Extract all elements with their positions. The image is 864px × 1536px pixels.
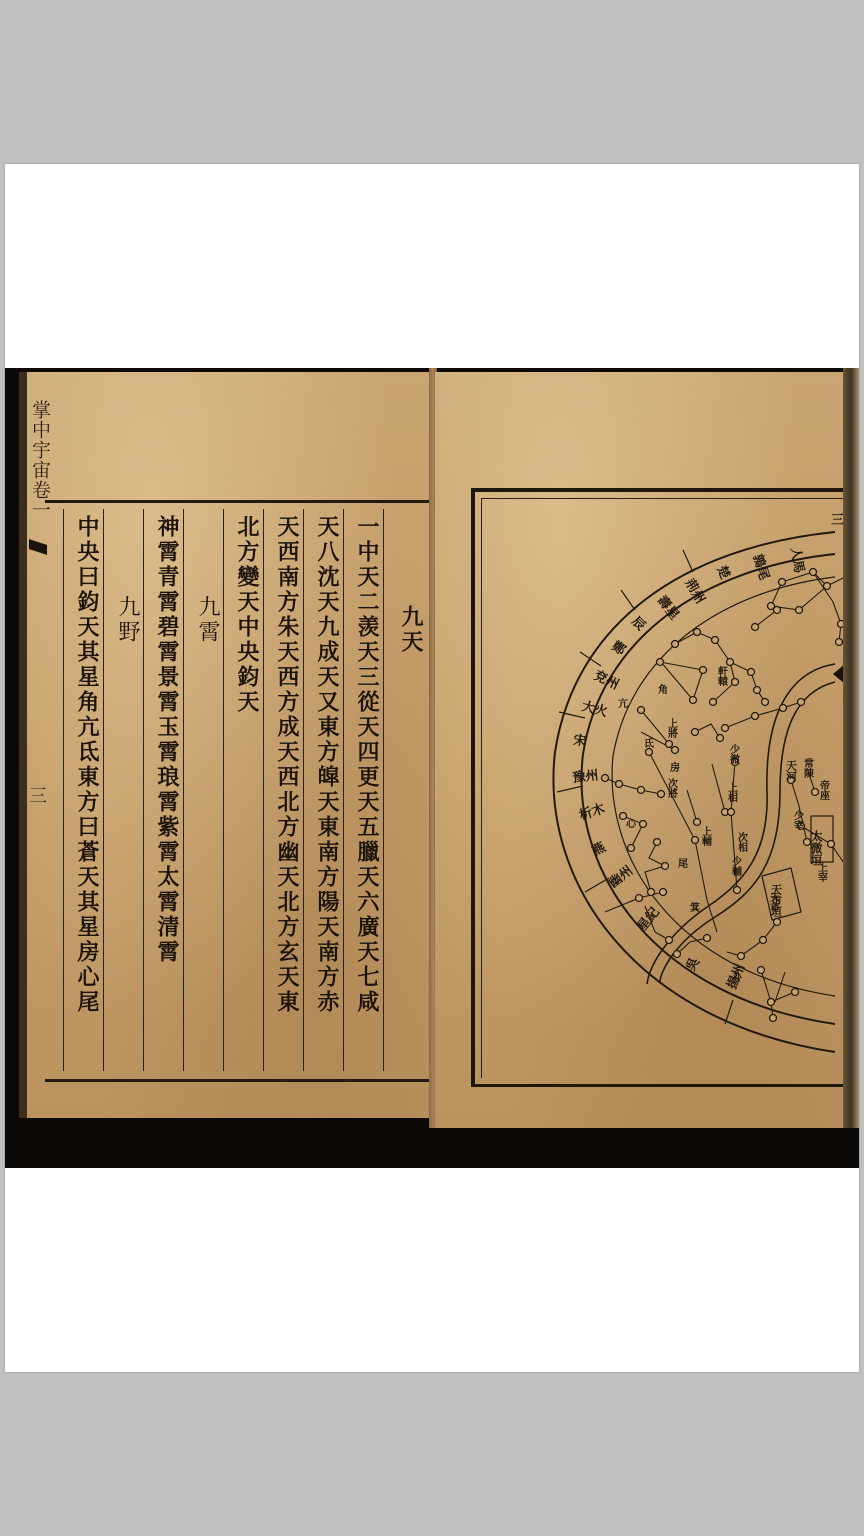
ring-label: 兗州 xyxy=(591,667,621,693)
star-label: 上輔 xyxy=(700,825,712,847)
star-map-diagram: 軒轅少微上將次將上相次相少輔上輔少宰上宰常陳帝座房心尾箕斗天市氐亢角 人馬鶉尾楚… xyxy=(435,372,847,1128)
text-column: 天八沈天九成天又東方皡天東南方陽天南方赤 xyxy=(303,509,344,1071)
enclosure-label-taiwei: 太微垣 xyxy=(809,829,823,866)
text-column: 天西南方朱天西方成天西北方幽天北方玄天東 xyxy=(263,509,304,1071)
star-label: 少宰 xyxy=(792,809,804,831)
section-heading: 九天 xyxy=(383,509,428,1071)
text-frame: 九天 一中天二羡天三從天四更天五臘天六廣天七咸 天八沈天九成天又東方皡天東南方陽… xyxy=(45,500,432,1082)
page-edge xyxy=(843,368,859,1128)
ring-label: 壽星 xyxy=(654,593,683,623)
enclosure-label-tianshi: 天市垣 xyxy=(770,884,784,917)
right-page: 軒轅少微上將次將上相次相少輔上輔少宰上宰常陳帝座房心尾箕斗天市氐亢角 人馬鶉尾楚… xyxy=(435,372,847,1128)
milky-way-label: 天河 xyxy=(785,760,798,783)
star-label: 氐 xyxy=(642,737,653,749)
ring-label: 吳 xyxy=(683,955,702,974)
star-label: 上相 xyxy=(726,781,738,803)
star-label: 少微 xyxy=(728,743,740,765)
scanned-book-spread[interactable]: 掌中宇宙卷一 三 九天 一中天二羡天三從天四更天五臘天六廣天七咸 天八沈天九成天… xyxy=(5,368,859,1168)
star-label: 亢 xyxy=(616,697,628,709)
ring-label: 燕 xyxy=(589,839,609,860)
text-column: 神霄青霄碧霄景霄玉霄琅霄紫霄太霄清霄 xyxy=(143,509,184,1071)
ring-label: 豫州 xyxy=(572,767,600,786)
star-label: 尾 xyxy=(676,857,688,869)
ring-label: 人馬 xyxy=(787,546,807,574)
star-label: 帝座 xyxy=(818,779,830,801)
section-heading: 九野 xyxy=(103,509,144,1071)
star-label: 心 xyxy=(624,817,636,828)
section-heading: 九霄 xyxy=(183,509,224,1071)
star-label: 次將 xyxy=(666,777,678,799)
star-label: 少輔 xyxy=(730,855,742,877)
star-label: 軒轅 xyxy=(716,665,728,687)
star-label: 次相 xyxy=(736,831,748,853)
text-column: 中央曰鈞天其星角亢氐東方曰蒼天其星房心尾 xyxy=(63,509,104,1071)
text-column: 北方變天中央鈞天 xyxy=(223,509,264,1071)
ring-label: 大火 xyxy=(580,698,609,720)
star-label: 角 xyxy=(656,683,668,695)
ring-label: 辰 xyxy=(628,613,648,634)
star-label: 上將 xyxy=(666,717,678,739)
star-label: 箕 xyxy=(688,901,700,913)
left-page: 掌中宇宙卷一 三 九天 一中天二羡天三從天四更天五臘天六廣天七咸 天八沈天九成天… xyxy=(19,372,439,1118)
ring-label: 鶉尾 xyxy=(749,552,772,582)
star-label: 房 xyxy=(668,761,681,773)
text-column: 一中天二羡天三從天四更天五臘天六廣天七咸 xyxy=(343,509,384,1071)
star-label: 常陳 xyxy=(802,757,814,779)
ring-label: 宋 xyxy=(573,732,588,749)
ring-label: 揚州 xyxy=(724,961,749,991)
ring-label: 析木 xyxy=(577,801,607,824)
ring-label: 星紀 xyxy=(634,904,663,934)
